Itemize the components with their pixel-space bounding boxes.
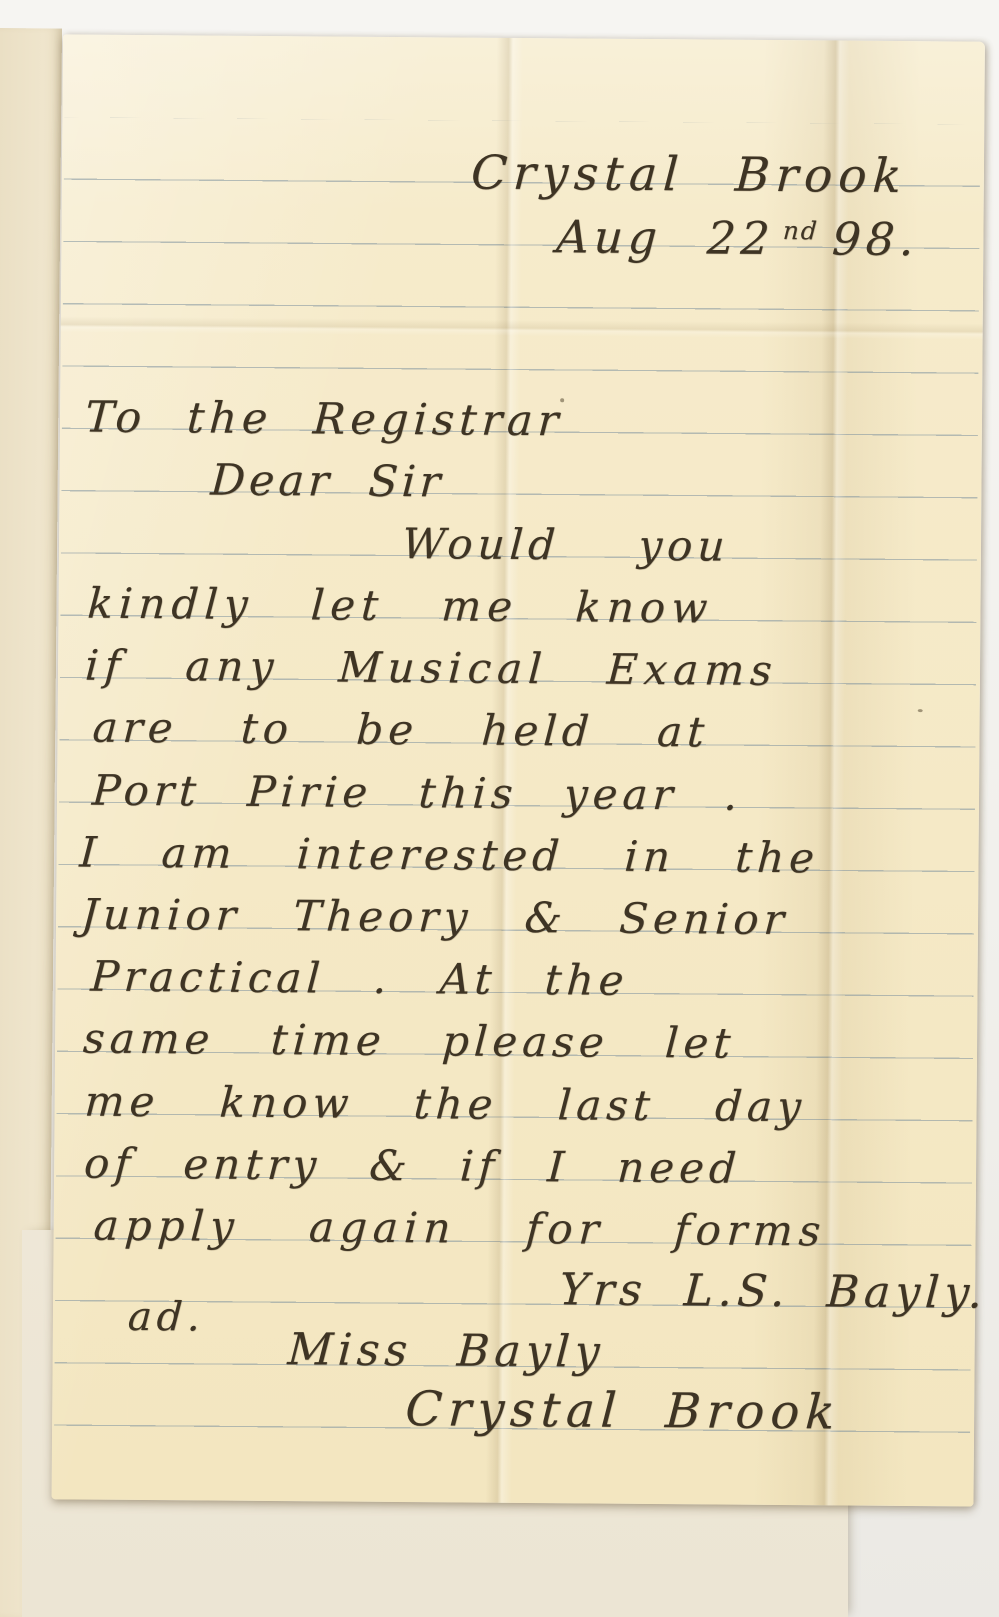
letter-page: Crystal Brook Aug 22nd98. To the Registr… — [52, 34, 985, 1506]
letter-place: Crystal Brook — [470, 150, 909, 200]
scanned-letter-background: { "colors": { "paper": "#f6ebcb", "paper… — [0, 0, 999, 1617]
address-abbreviation: ad. — [127, 1297, 207, 1338]
sender-name-line: Miss Bayly — [287, 1328, 606, 1374]
body-line: are to be held at — [91, 707, 710, 754]
signoff-line: Yrs L.S. Bayly. — [558, 1268, 989, 1315]
body-line: same time please let — [82, 1018, 737, 1065]
body-line: kindly let me know — [86, 583, 714, 630]
date-ordinal-superscript: nd — [782, 216, 820, 245]
body-line: I am interested in the — [78, 832, 820, 880]
ink-speck — [560, 398, 564, 402]
salutation-line: Dear Sir — [209, 460, 445, 505]
date-main: Aug 22 — [555, 210, 776, 265]
body-line: of entry & if I need — [83, 1143, 742, 1190]
body-line: apply again for forms — [92, 1205, 827, 1253]
date-year: 98. — [831, 212, 921, 266]
body-line: Port Pirie this year . — [91, 770, 744, 817]
body-line: Would you — [401, 523, 731, 568]
letter-date: Aug 22nd98. — [555, 214, 920, 262]
body-line: Junior Theory & Senior — [80, 894, 790, 942]
sender-place-line: Crystal Brook — [404, 1385, 842, 1436]
body-line: Practical . At the — [89, 956, 629, 1002]
body-line: if any Musical Exams — [84, 645, 779, 692]
recipient-line: To the Registrar — [84, 397, 565, 444]
body-line: me know the last day — [83, 1081, 807, 1129]
ink-speck — [918, 709, 923, 712]
